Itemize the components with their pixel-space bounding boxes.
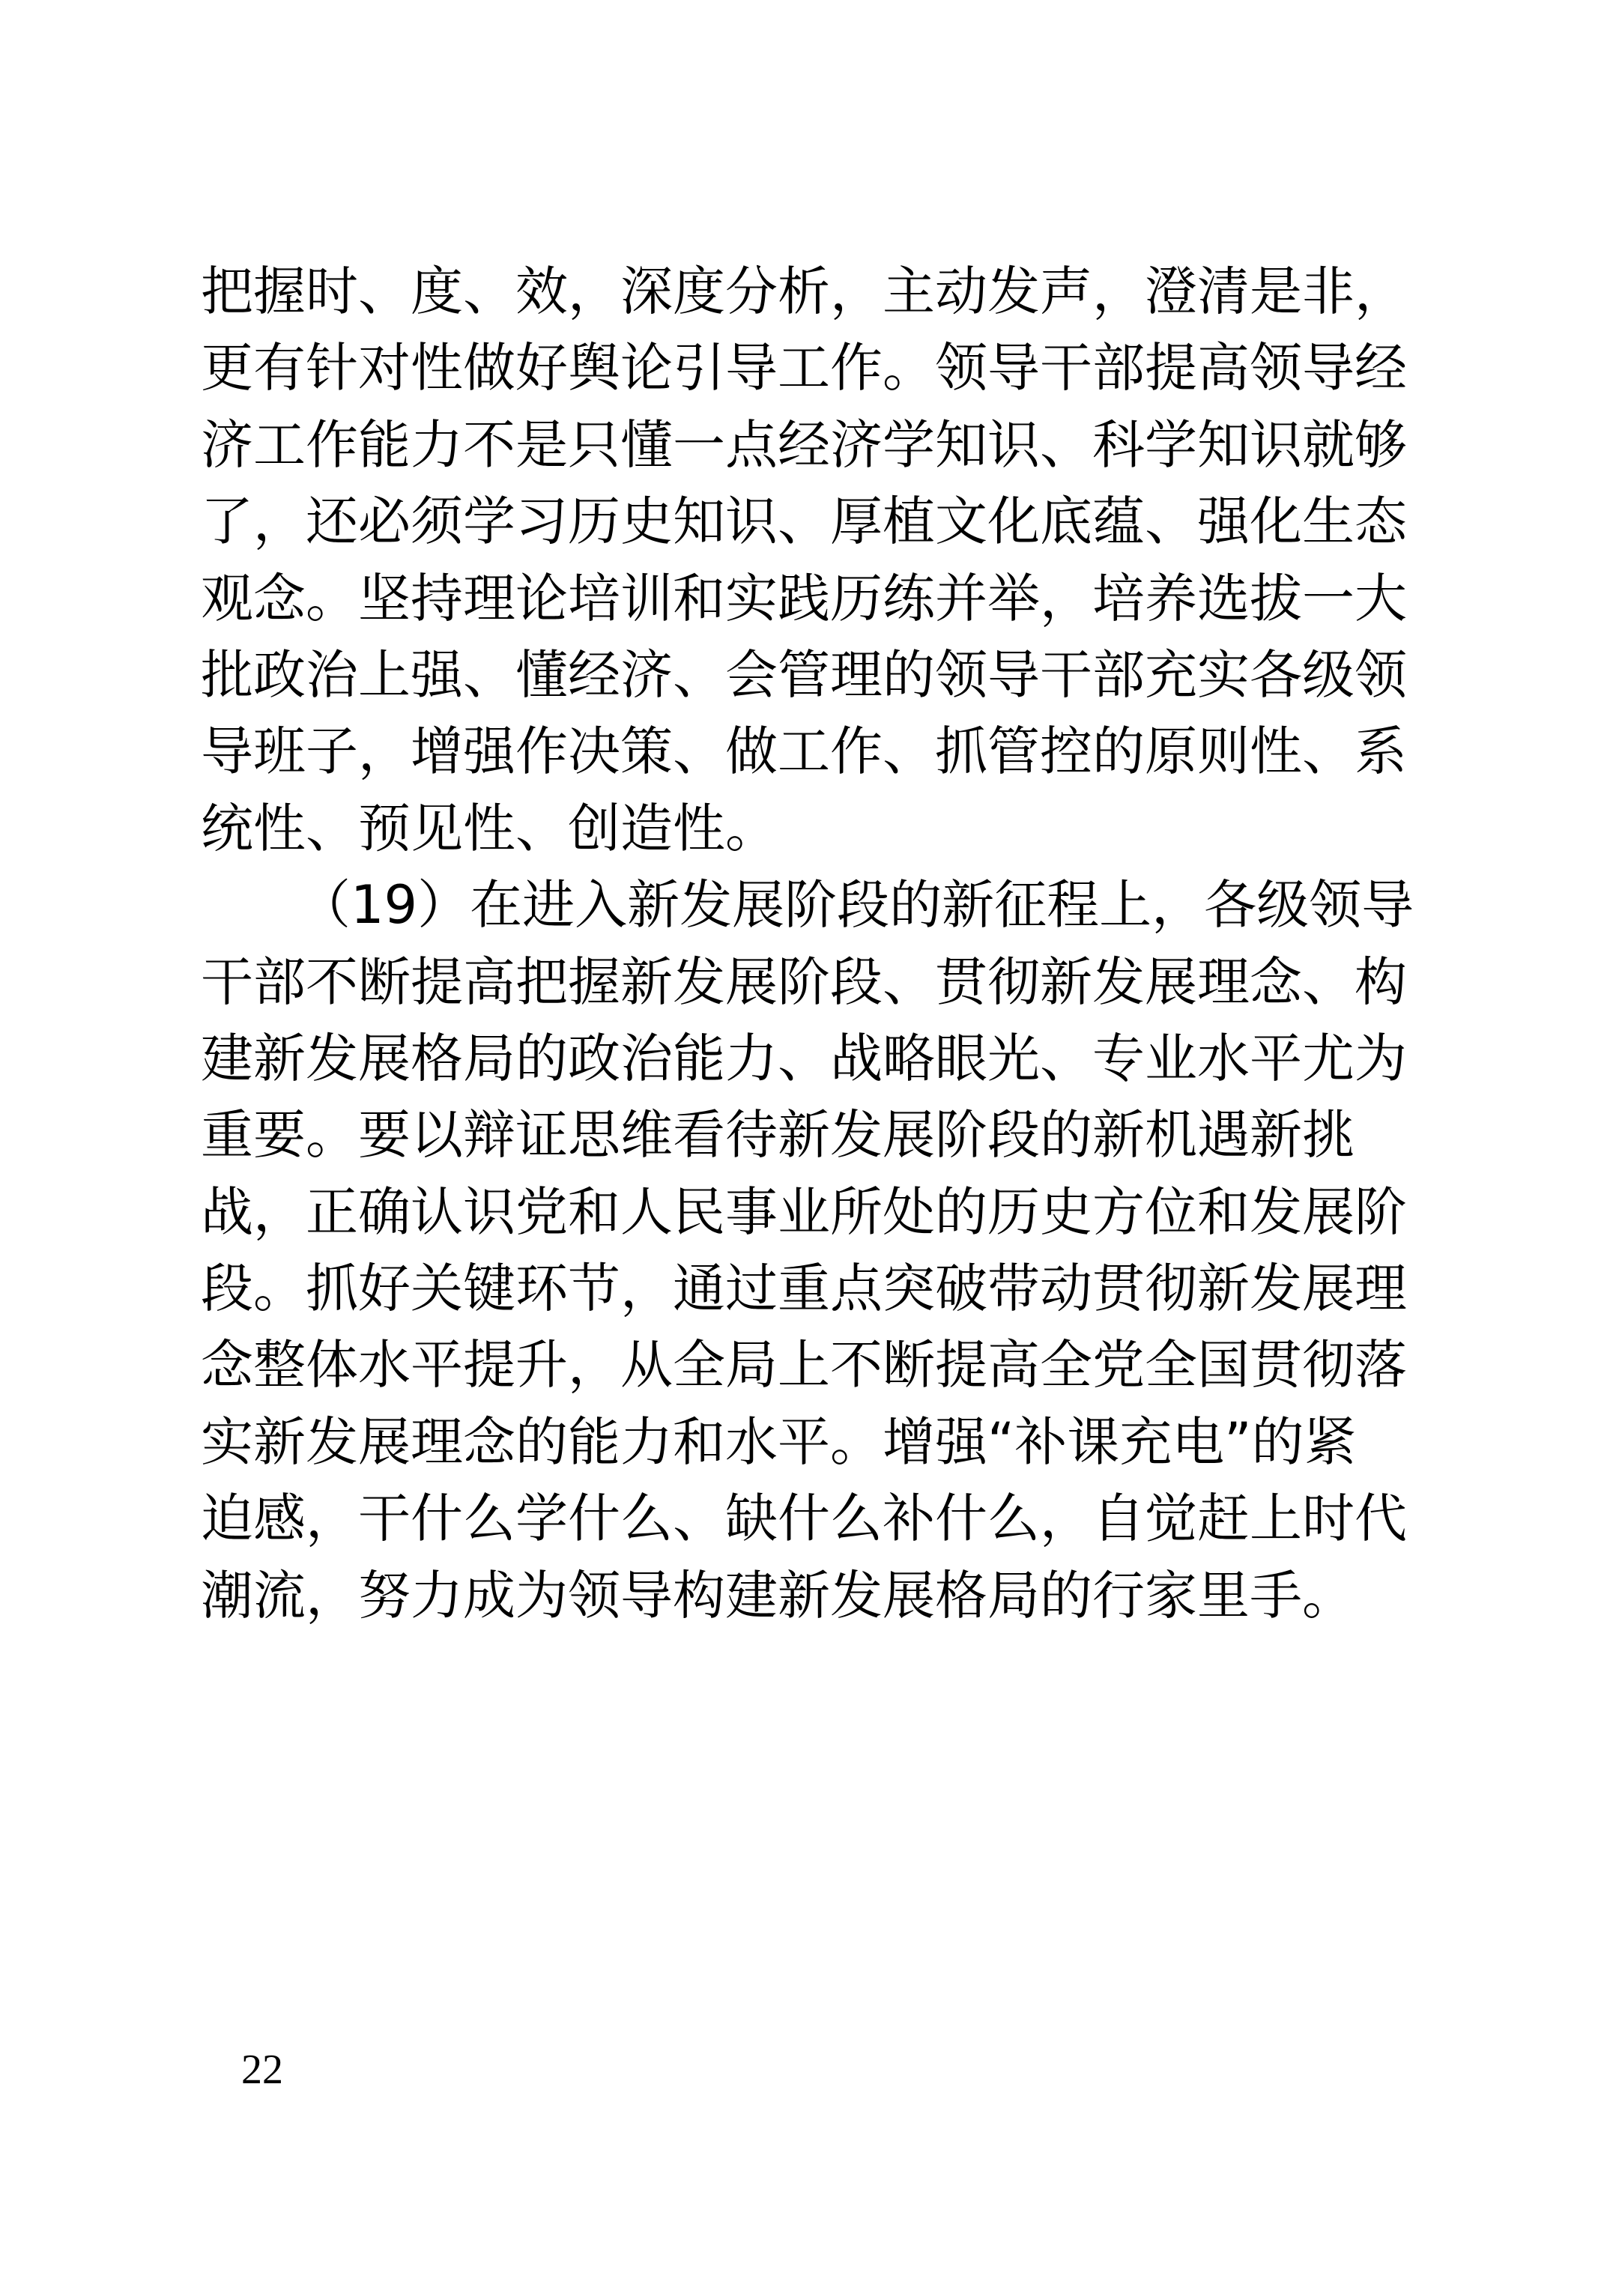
text-line-first: （19）在进入新发展阶段的新征程上，各级领导: [201, 867, 1332, 943]
text-line: 段。抓好关键环节，通过重点突破带动贯彻新发展理: [201, 1250, 1332, 1327]
page-number: 22: [241, 2049, 283, 2091]
body-text: 把握时、度、效，深度分析，主动发声，澄清是非， 更有针对性做好舆论引导工作。领导…: [201, 253, 1332, 1634]
text-line: 念整体水平提升，从全局上不断提高全党全国贯彻落: [201, 1327, 1332, 1403]
text-line: 重要。要以辩证思维看待新发展阶段的新机遇新挑: [201, 1097, 1332, 1173]
document-page: 把握时、度、效，深度分析，主动发声，澄清是非， 更有针对性做好舆论引导工作。领导…: [0, 0, 1601, 2296]
text-line: 了，还必须学习历史知识、厚植文化底蕴、强化生态: [201, 483, 1332, 560]
text-line: 观念。坚持理论培训和实践历练并举，培养选拔一大: [201, 560, 1332, 637]
text-line: 更有针对性做好舆论引导工作。领导干部提高领导经: [201, 330, 1332, 406]
text-line: 实新发展理念的能力和水平。增强“补课充电”的紧: [201, 1404, 1332, 1480]
text-line: 批政治上强、懂经济、会管理的领导干部充实各级领: [201, 637, 1332, 713]
text-line: 迫感，干什么学什么、缺什么补什么，自觉赶上时代: [201, 1480, 1332, 1557]
text-line: 建新发展格局的政治能力、战略眼光、专业水平尤为: [201, 1020, 1332, 1097]
text-line: 统性、预见性、创造性。: [201, 790, 1332, 867]
paragraph-section-19: （19）在进入新发展阶段的新征程上，各级领导 干部不断提高把握新发展阶段、贯彻新…: [201, 867, 1332, 1634]
text-line: 潮流，努力成为领导构建新发展格局的行家里手。: [201, 1557, 1332, 1634]
text-line: 战，正确认识党和人民事业所处的历史方位和发展阶: [201, 1174, 1332, 1250]
text-line: 导班子，增强作决策、做工作、抓管控的原则性、系: [201, 713, 1332, 790]
text-line: 干部不断提高把握新发展阶段、贯彻新发展理念、构: [201, 944, 1332, 1020]
text-line: 济工作能力不是只懂一点经济学知识、科学知识就够: [201, 407, 1332, 483]
paragraph-continuation: 把握时、度、效，深度分析，主动发声，澄清是非， 更有针对性做好舆论引导工作。领导…: [201, 253, 1332, 867]
text-line: 把握时、度、效，深度分析，主动发声，澄清是非，: [201, 253, 1332, 330]
